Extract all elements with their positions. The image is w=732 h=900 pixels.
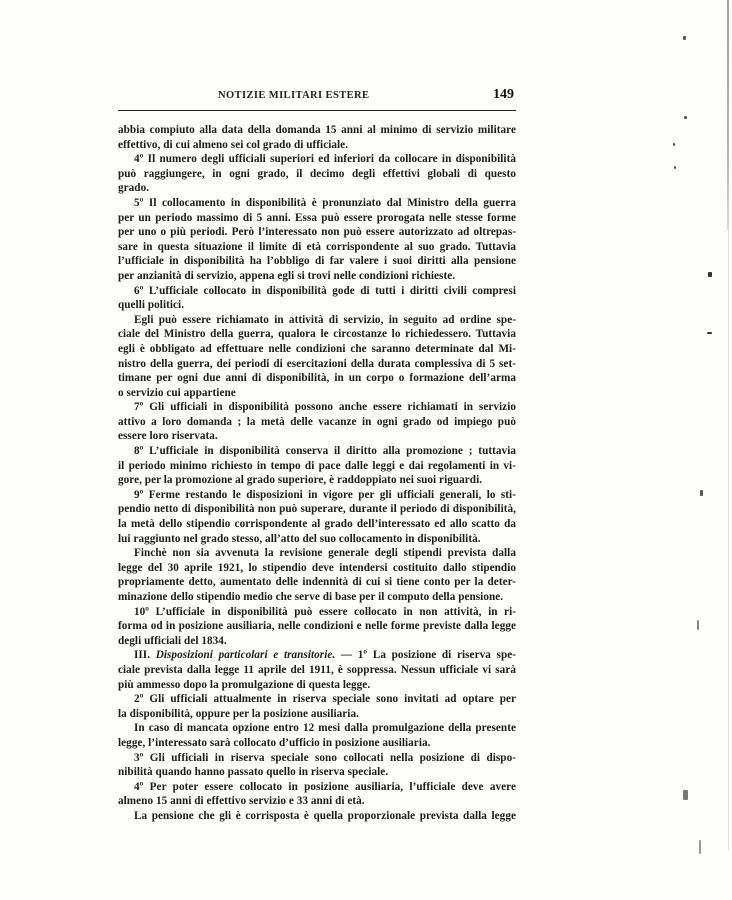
text-line: il periodo minimo richiesto in tempo di …: [118, 459, 516, 474]
scan-speck: [684, 116, 687, 119]
section-number: III.: [134, 649, 156, 661]
scan-speck: [699, 840, 701, 854]
header-rule: [118, 110, 516, 111]
scanned-page: NOTIZIE MILITARI ESTERE 149 abbia compiu…: [0, 0, 732, 900]
text-line: può raggiungere, in ogni grado, il decim…: [118, 167, 516, 182]
text-line: lui raggiunto nel grado stesso, all’atto…: [118, 532, 516, 547]
scan-speck: [674, 166, 676, 169]
text-line: egli è obbligato ad effettuare nelle con…: [118, 342, 516, 357]
text-line: La pensione che gli è corrisposta è quel…: [118, 809, 516, 824]
page-edge-line: [728, 230, 729, 850]
running-head: NOTIZIE MILITARI ESTERE 149: [118, 88, 516, 106]
text-line: ciale prevista dalla legge 11 aprile del…: [118, 663, 516, 678]
section-text: — 1º La posizione di riserva spe-: [335, 649, 516, 661]
text-line: sare in questa situazione il limite di e…: [118, 240, 516, 255]
text-line: per uno o più periodi. Però l’interessat…: [118, 225, 516, 240]
text-line: la disponibilità, oppure per la posizion…: [118, 707, 516, 722]
text-line: timane per ogni due anni di disponibilit…: [118, 371, 516, 386]
scan-speck: [700, 490, 703, 496]
text-line: o servizio cui appartiene: [118, 386, 516, 401]
text-line: 5º Il collocamento in disponibilità è pr…: [118, 196, 516, 211]
text-line: 6º L’ufficiale collocato in disponibilit…: [118, 284, 516, 299]
text-line: 4º Per poter essere collocato in posizio…: [118, 780, 516, 795]
text-line: 10º L’ufficiale in disponibilità può ess…: [118, 605, 516, 620]
section-heading: Disposizioni particolari e transitorie.: [156, 649, 335, 661]
text-line: III. Disposizioni particolari e transito…: [118, 648, 516, 663]
text-line: gore, per la promozione al grado superio…: [118, 473, 516, 488]
running-title: NOTIZIE MILITARI ESTERE: [218, 90, 369, 101]
text-line: legge del 30 aprile 1921, lo stipendio d…: [118, 561, 516, 576]
text-line: l’ufficiale in disponibilità ha l’obblig…: [118, 254, 516, 269]
text-line: propriamente detto, aumentato delle inde…: [118, 575, 516, 590]
text-line: ciale del Ministro della guerra, qualora…: [118, 327, 516, 342]
text-line: 4º Il numero degli ufficiali superiori e…: [118, 152, 516, 167]
text-line: effettivo, di cui almeno sei col grado d…: [118, 138, 516, 153]
text-line: 2º Gli ufficiali attualmente in riserva …: [118, 692, 516, 707]
text-line: degli ufficiali del 1834.: [118, 634, 516, 649]
text-line: minazione dello stipendio medio che serv…: [118, 590, 516, 605]
text-line: Finchè non sia avvenuta la revisione gen…: [118, 546, 516, 561]
scan-speck: [683, 790, 688, 800]
text-line: 8º L’ufficiale in disponibilità conserva…: [118, 444, 516, 459]
text-line: per un periodo massimo di 5 anni. Essa p…: [118, 211, 516, 226]
text-line: più ammesso dopo la promulgazione di que…: [118, 678, 516, 693]
text-line: 7º Gli ufficiali in disponibilità posson…: [118, 400, 516, 415]
body-text: abbia compiuto alla data della domanda 1…: [118, 123, 516, 824]
text-line: almeno 15 anni di effettivo servizio e 3…: [118, 794, 516, 809]
text-line: quelli politici.: [118, 298, 516, 313]
scan-speck: [707, 332, 712, 334]
text-line: pendio netto di disponibilità non può su…: [118, 502, 516, 517]
text-line: essere loro riservata.: [118, 429, 516, 444]
scan-speck: [683, 36, 686, 40]
text-line: attivo a loro domanda ; la metà delle va…: [118, 415, 516, 430]
text-line: nibilità quando hanno passato quello in …: [118, 765, 516, 780]
text-line: 3º Gli ufficiali in riserva speciale son…: [118, 751, 516, 766]
text-line: la metà dello stipendio corrispondente a…: [118, 517, 516, 532]
text-line: forma od in posizione ausiliaria, nelle …: [118, 619, 516, 634]
text-line: Egli può essere richiamato in attività d…: [118, 313, 516, 328]
text-line: grado.: [118, 181, 516, 196]
page-edge-shadow: [727, 0, 729, 230]
page-number: 149: [493, 87, 514, 103]
text-line: abbia compiuto alla data della domanda 1…: [118, 123, 516, 138]
text-line: legge, l’interessato sarà collocato d’uf…: [118, 736, 516, 751]
scan-speck: [708, 272, 712, 277]
text-line: 9º Ferme restando le disposizioni in vig…: [118, 488, 516, 503]
scan-speck: [673, 143, 675, 146]
text-line: per anzianità di servizio, appena egli s…: [118, 269, 516, 284]
text-line: In caso di mancata opzione entro 12 mesi…: [118, 721, 516, 736]
scan-speck: [697, 620, 699, 630]
text-line: nistro della guerra, dei periodi di eser…: [118, 357, 516, 372]
